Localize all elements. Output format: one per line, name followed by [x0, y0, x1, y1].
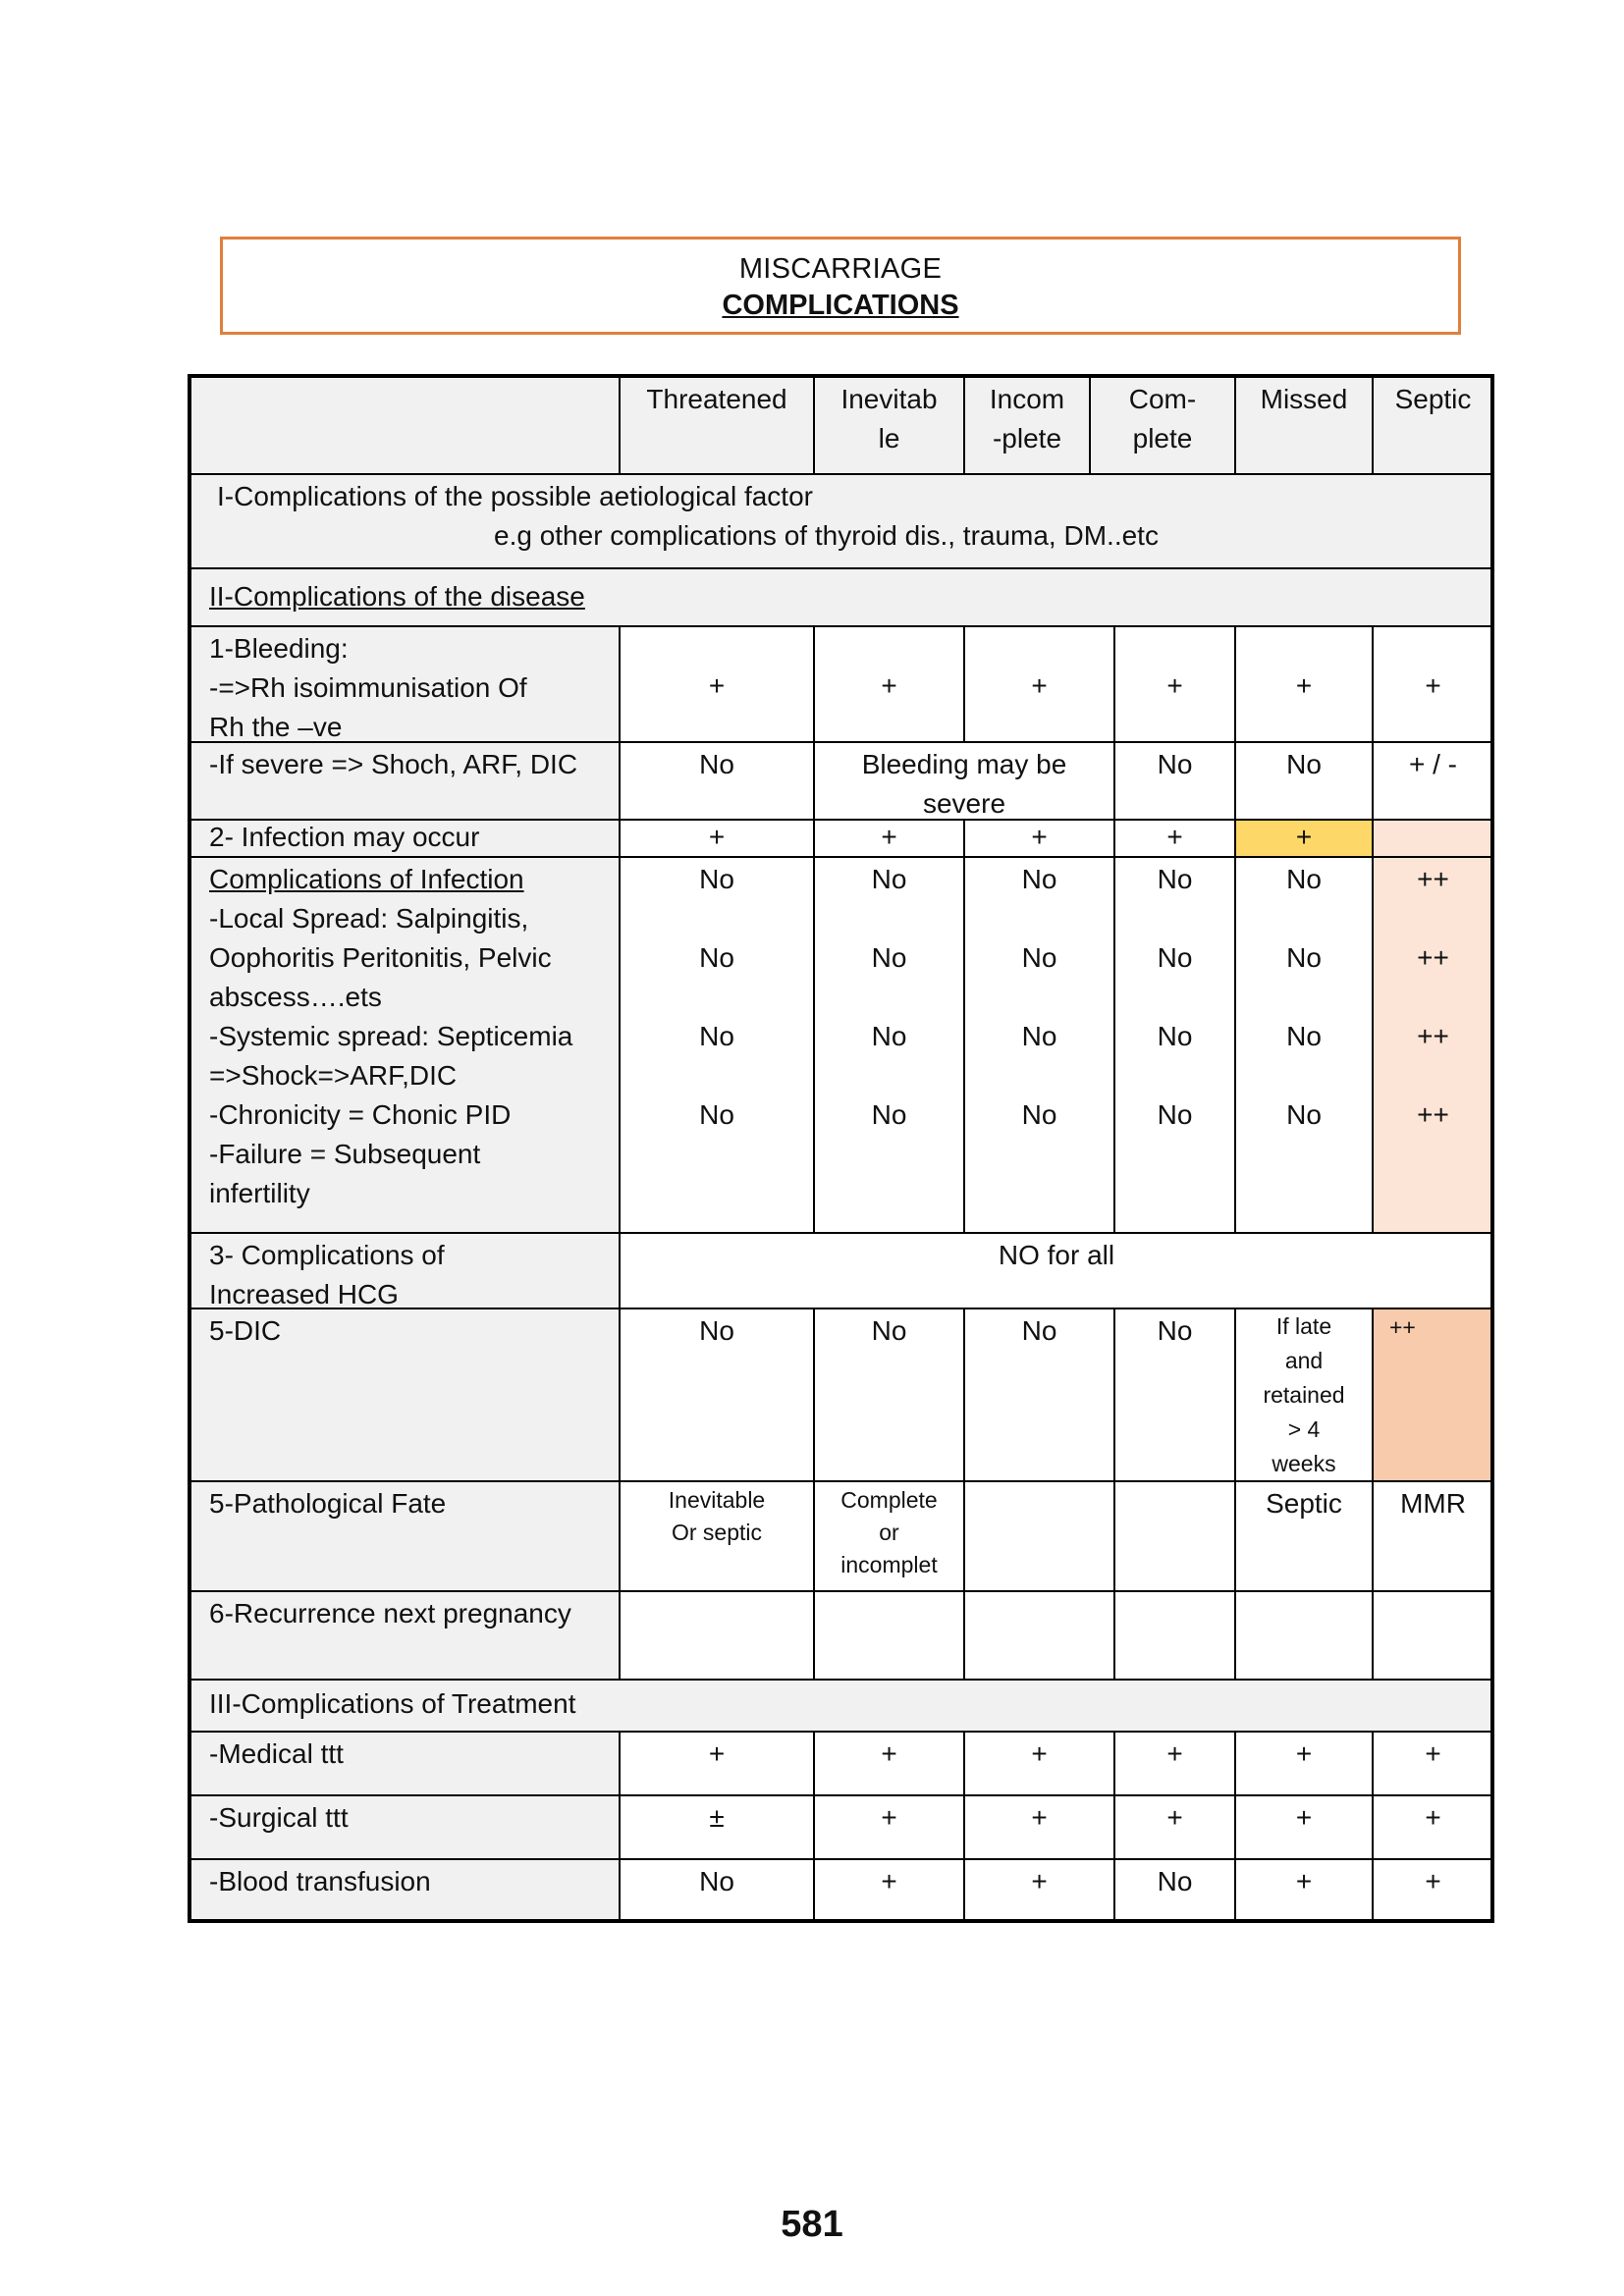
medical-value: + — [813, 1731, 965, 1796]
page-number: 581 — [0, 2204, 1624, 2246]
if-severe-complete: No — [1113, 741, 1236, 821]
complications-of-infection-missed: NoNoNoNo — [1234, 856, 1374, 1234]
blood-value: + — [963, 1858, 1115, 1923]
infection-missed: + — [1234, 819, 1374, 858]
complications-of-infection-value: No — [1236, 860, 1372, 899]
surgical-value: + — [963, 1794, 1115, 1860]
hcg-merged-value: NO for all — [619, 1232, 1494, 1309]
fate-missed: Septic — [1234, 1480, 1374, 1592]
complications-of-infection-value: No — [965, 860, 1113, 899]
row-label-recurrence: 6-Recurrence next pregnancy — [189, 1590, 621, 1681]
complications-of-infection-inevitable: NoNoNoNo — [813, 856, 965, 1234]
complications-of-infection-value: No — [965, 1095, 1113, 1135]
complications-of-infection-value: No — [1115, 1017, 1234, 1056]
dic-complete: No — [1113, 1308, 1236, 1482]
complications-of-infection-value: No — [1115, 860, 1234, 899]
complications-of-infection-value: ++ — [1374, 1017, 1492, 1056]
infection-incomplete: + — [963, 819, 1115, 858]
complications-of-infection-value: No — [1115, 1095, 1234, 1135]
header-threatened: Threatened — [619, 376, 815, 475]
complications-of-infection-value: No — [965, 938, 1113, 978]
dic-threatened: No — [619, 1308, 815, 1482]
medical-value: + — [1234, 1731, 1374, 1796]
header-missed: Missed — [1234, 376, 1374, 475]
recurrence-complete — [1113, 1590, 1236, 1681]
surgical-value: ± — [619, 1794, 815, 1860]
medical-value: + — [963, 1731, 1115, 1796]
complications-of-infection-value: ++ — [1374, 860, 1492, 899]
complications-of-infection-value: ++ — [1374, 1095, 1492, 1135]
recurrence-septic — [1372, 1590, 1494, 1681]
fate-inevitable: Complete or incomplet — [813, 1480, 965, 1592]
bleeding-incomplete: + — [963, 625, 1115, 743]
header-septic: Septic — [1372, 376, 1494, 475]
complications-of-infection-value: No — [1236, 1095, 1372, 1135]
infection-threatened: + — [619, 819, 815, 858]
recurrence-incomplete — [963, 1590, 1115, 1681]
header-inevitable: Inevitab le — [813, 376, 965, 475]
complications-of-infection-value: No — [1236, 938, 1372, 978]
complications-of-infection-value: No — [815, 1017, 963, 1056]
row-label-if-severe: -If severe => Shoch, ARF, DIC — [189, 741, 621, 821]
complications-of-infection-complete: NoNoNoNo — [1113, 856, 1236, 1234]
complications-of-infection-value: No — [815, 860, 963, 899]
row-label-pathological-fate: 5-Pathological Fate — [189, 1480, 621, 1592]
bleeding-septic: + — [1372, 625, 1494, 743]
header-corner — [189, 376, 621, 475]
complications-of-infection-value: No — [815, 1095, 963, 1135]
complications-of-infection-incomplete: NoNoNoNo — [963, 856, 1115, 1234]
row-label-infection: 2- Infection may occur — [189, 819, 621, 858]
complications-of-infection-value: No — [621, 938, 813, 978]
section-aetiological: I-Complications of the possible aetiolog… — [189, 473, 1494, 569]
row-label-dic: 5-DIC — [189, 1308, 621, 1482]
bleeding-missed: + — [1234, 625, 1374, 743]
bleeding-inevitable: + — [813, 625, 965, 743]
blood-value: No — [619, 1858, 815, 1923]
if-severe-threatened: No — [619, 741, 815, 821]
recurrence-inevitable — [813, 1590, 965, 1681]
blood-value: + — [813, 1858, 965, 1923]
surgical-value: + — [813, 1794, 965, 1860]
complications-of-infection-value: No — [621, 860, 813, 899]
blood-value: No — [1113, 1858, 1236, 1923]
complications-of-infection-value: ++ — [1374, 938, 1492, 978]
surgical-value: + — [1372, 1794, 1494, 1860]
document-subtitle: COMPLICATIONS — [223, 290, 1458, 322]
section-disease: II-Complications of the disease — [189, 567, 1494, 627]
surgical-value: + — [1234, 1794, 1374, 1860]
blood-value: + — [1372, 1858, 1494, 1923]
bleeding-complete: + — [1113, 625, 1236, 743]
complications-of-infection-value: No — [621, 1095, 813, 1135]
complications-of-infection-value: No — [621, 1017, 813, 1056]
fate-complete — [1113, 1480, 1236, 1592]
dic-missed: If late and retained > 4 weeks — [1234, 1308, 1374, 1482]
blood-value: + — [1234, 1858, 1374, 1923]
fate-septic: MMR — [1372, 1480, 1494, 1592]
complications-of-infection-value: No — [815, 938, 963, 978]
complications-of-infection-value: No — [1115, 938, 1234, 978]
row-label-surgical: -Surgical ttt — [189, 1794, 621, 1860]
complications-of-infection-septic: ++++++++ — [1372, 856, 1494, 1234]
medical-value: + — [1113, 1731, 1236, 1796]
complications-of-infection-value: No — [1236, 1017, 1372, 1056]
if-severe-inevitable-incomplete: Bleeding may be severe — [813, 741, 1115, 821]
infection-complete: + — [1113, 819, 1236, 858]
row-label-complications-of-infection: Complications of Infection -Local Spread… — [189, 856, 621, 1234]
row-label-bleeding: 1-Bleeding: -=>Rh isoimmunisation Of Rh … — [189, 625, 621, 743]
dic-incomplete: No — [963, 1308, 1115, 1482]
infection-septic — [1372, 819, 1494, 858]
complications-of-infection-value: No — [965, 1017, 1113, 1056]
row-label-blood: -Blood transfusion — [189, 1858, 621, 1923]
section-treatment: III-Complications of Treatment — [189, 1679, 1494, 1733]
dic-inevitable: No — [813, 1308, 965, 1482]
bleeding-threatened: + — [619, 625, 815, 743]
row-label-hcg: 3- Complications of Increased HCG — [189, 1232, 621, 1309]
surgical-value: + — [1113, 1794, 1236, 1860]
recurrence-threatened — [619, 1590, 815, 1681]
recurrence-missed — [1234, 1590, 1374, 1681]
dic-septic: ++ — [1372, 1308, 1494, 1482]
complications-of-infection-threatened: NoNoNoNo — [619, 856, 815, 1234]
header-incomplete: Incom -plete — [963, 376, 1091, 475]
medical-value: + — [1372, 1731, 1494, 1796]
if-severe-septic: + / - — [1372, 741, 1494, 821]
fate-threatened: Inevitable Or septic — [619, 1480, 815, 1592]
document-title: MISCARRIAGE — [223, 253, 1458, 286]
row-label-medical: -Medical ttt — [189, 1731, 621, 1796]
fate-incomplete — [963, 1480, 1115, 1592]
if-severe-missed: No — [1234, 741, 1374, 821]
infection-inevitable: + — [813, 819, 965, 858]
medical-value: + — [619, 1731, 815, 1796]
header-complete: Com- plete — [1089, 376, 1236, 475]
title-box: MISCARRIAGE COMPLICATIONS — [220, 237, 1461, 335]
